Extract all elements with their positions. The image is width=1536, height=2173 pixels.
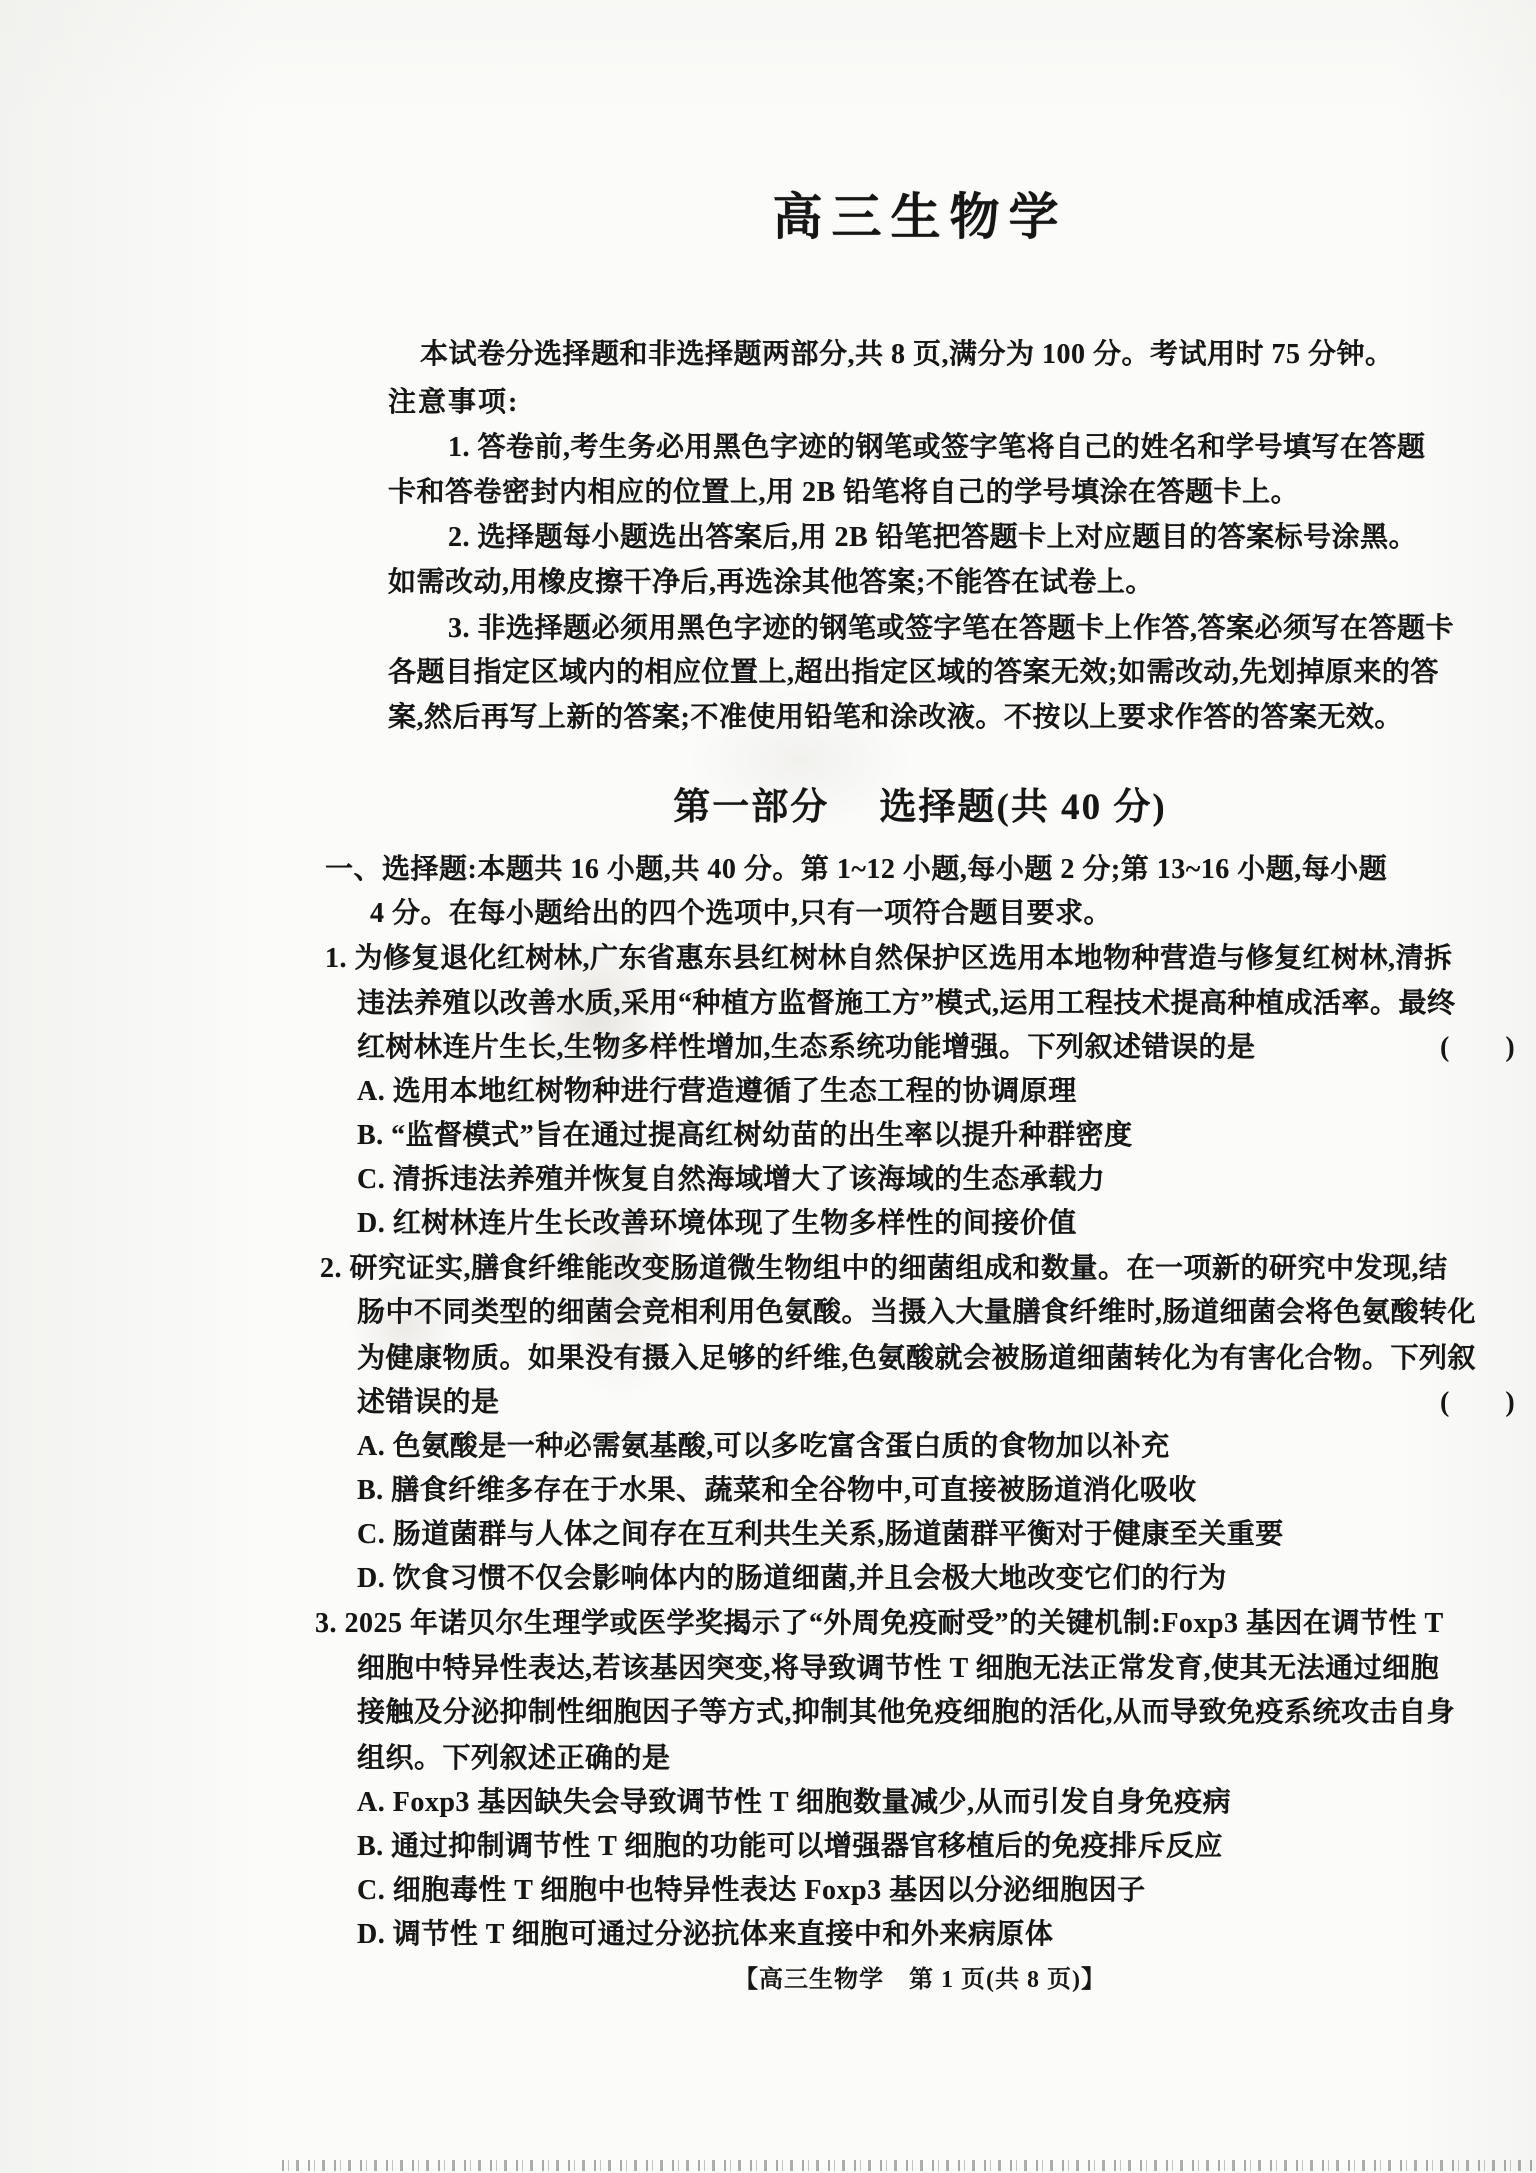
notice-item-1-line-1: 1. 答卷前,考生务必用黑色字迹的钢笔或签字笔将自己的姓名和学号填写在答题 — [448, 426, 1426, 470]
notice-item-2-line-2: 如需改动,用橡皮擦干净后,再选涂其他答案;不能答在试卷上。 — [388, 561, 1154, 605]
q2-stem-line-3: 为健康物质。如果没有摄入足够的纤维,色氨酸就会被肠道细菌转化为有害化合物。下列叙 — [357, 1337, 1476, 1381]
q2-stem-line-4: 述错误的是 — [357, 1381, 500, 1425]
q2-option-d: D. 饮食习惯不仅会影响体内的肠道细菌,并且会极大地改变它们的行为 — [357, 1557, 1227, 1601]
part1-intro-line-2: 4 分。在每小题给出的四个选项中,只有一项符合题目要求。 — [370, 892, 1112, 936]
notice-item-1-line-2: 卡和答卷密封内相应的位置上,用 2B 铅笔将自己的学号填涂在答题卡上。 — [388, 471, 1299, 515]
q1-stem-line-1: 1. 为修复退化红树林,广东省惠东县红树林自然保护区选用本地物种营造与修复红树林… — [325, 937, 1453, 981]
q3-option-c: C. 细胞毒性 T 细胞中也特异性表达 Foxp3 基因以分泌细胞因子 — [357, 1869, 1146, 1913]
q2-option-b: B. 膳食纤维多存在于水果、蔬菜和全谷物中,可直接被肠道消化吸收 — [357, 1469, 1197, 1513]
notice-item-3-line-1: 3. 非选择题必须用黑色字迹的钢笔或签字笔在答题卡上作答,答案必须写在答题卡 — [448, 607, 1454, 651]
q3-option-a: A. Foxp3 基因缺失会导致调节性 T 细胞数量减少,从而引发自身免疫病 — [357, 1781, 1231, 1825]
q2-answer-blank: ( ) — [1440, 1381, 1515, 1425]
q2-option-a: A. 色氨酸是一种必需氨基酸,可以多吃富含蛋白质的食物加以补充 — [357, 1425, 1170, 1469]
q2-option-c: C. 肠道菌群与人体之间存在互利共生关系,肠道菌群平衡对于健康至关重要 — [357, 1513, 1284, 1557]
part1-heading: 第一部分 选择题(共 40 分) — [304, 783, 1536, 833]
exam-intro: 本试卷分选择题和非选择题两部分,共 8 页,满分为 100 分。考试用时 75 … — [420, 333, 1394, 377]
notice-heading: 注意事项: — [388, 381, 519, 425]
page-title: 高三生物学 — [304, 186, 1536, 248]
q1-option-b: B. “监督模式”旨在通过提高红树幼苗的出生率以提升种群密度 — [357, 1114, 1133, 1158]
q1-option-d: D. 红树林连片生长改善环境体现了生物多样性的间接价值 — [357, 1202, 1077, 1246]
q2-stem-line-2: 肠中不同类型的细菌会竞相利用色氨酸。当摄入大量膳食纤维时,肠道细菌会将色氨酸转化 — [357, 1291, 1476, 1335]
scanned-exam-page: 高三生物学 本试卷分选择题和非选择题两部分,共 8 页,满分为 100 分。考试… — [0, 0, 1536, 2173]
notice-item-2-line-1: 2. 选择题每小题选出答案后,用 2B 铅笔把答题卡上对应题目的答案标号涂黑。 — [448, 516, 1417, 560]
q3-stem-line-2: 细胞中特异性表达,若该基因突变,将导致调节性 T 细胞无法正常发育,使其无法通过… — [357, 1647, 1439, 1691]
q3-stem-line-1: 3. 2025 年诺贝尔生理学或医学奖揭示了“外周免疫耐受”的关键机制:Foxp… — [315, 1602, 1444, 1646]
q3-stem-line-3: 接触及分泌抑制性细胞因子等方式,抑制其他免疫细胞的活化,从而导致免疫系统攻击自身 — [357, 1691, 1455, 1735]
q3-option-d: D. 调节性 T 细胞可通过分泌抗体来直接中和外来病原体 — [357, 1913, 1053, 1957]
q3-stem-line-4: 组织。下列叙述正确的是 — [357, 1737, 671, 1781]
q1-stem-line-2: 违法养殖以改善水质,采用“种植方监督施工方”模式,运用工程技术提高种植成活率。最… — [357, 982, 1456, 1026]
notice-item-3-line-3: 案,然后再写上新的答案;不准使用铅笔和涂改液。不按以上要求作答的答案无效。 — [388, 696, 1403, 740]
next-page-edge-artifact — [282, 2160, 1536, 2171]
q3-option-b: B. 通过抑制调节性 T 细胞的功能可以增强器官移植后的免疫排斥反应 — [357, 1825, 1223, 1869]
q1-stem-line-3: 红树林连片生长,生物多样性增加,生态系统功能增强。下列叙述错误的是 — [357, 1026, 1256, 1070]
page-footer: 【高三生物学 第 1 页(共 8 页)】 — [304, 1963, 1536, 1997]
q1-option-a: A. 选用本地红树物种进行营造遵循了生态工程的协调原理 — [357, 1070, 1077, 1114]
q2-stem-line-1: 2. 研究证实,膳食纤维能改变肠道微生物组中的细菌组成和数量。在一项新的研究中发… — [320, 1247, 1448, 1291]
q1-answer-blank: ( ) — [1440, 1026, 1515, 1070]
notice-item-3-line-2: 各题目指定区域内的相应位置上,超出指定区域的答案无效;如需改动,先划掉原来的答 — [388, 651, 1439, 695]
part1-intro-line-1: 一、选择题:本题共 16 小题,共 40 分。第 1~12 小题,每小题 2 分… — [325, 848, 1387, 892]
q1-option-c: C. 清拆违法养殖并恢复自然海域增大了该海域的生态承载力 — [357, 1158, 1105, 1202]
